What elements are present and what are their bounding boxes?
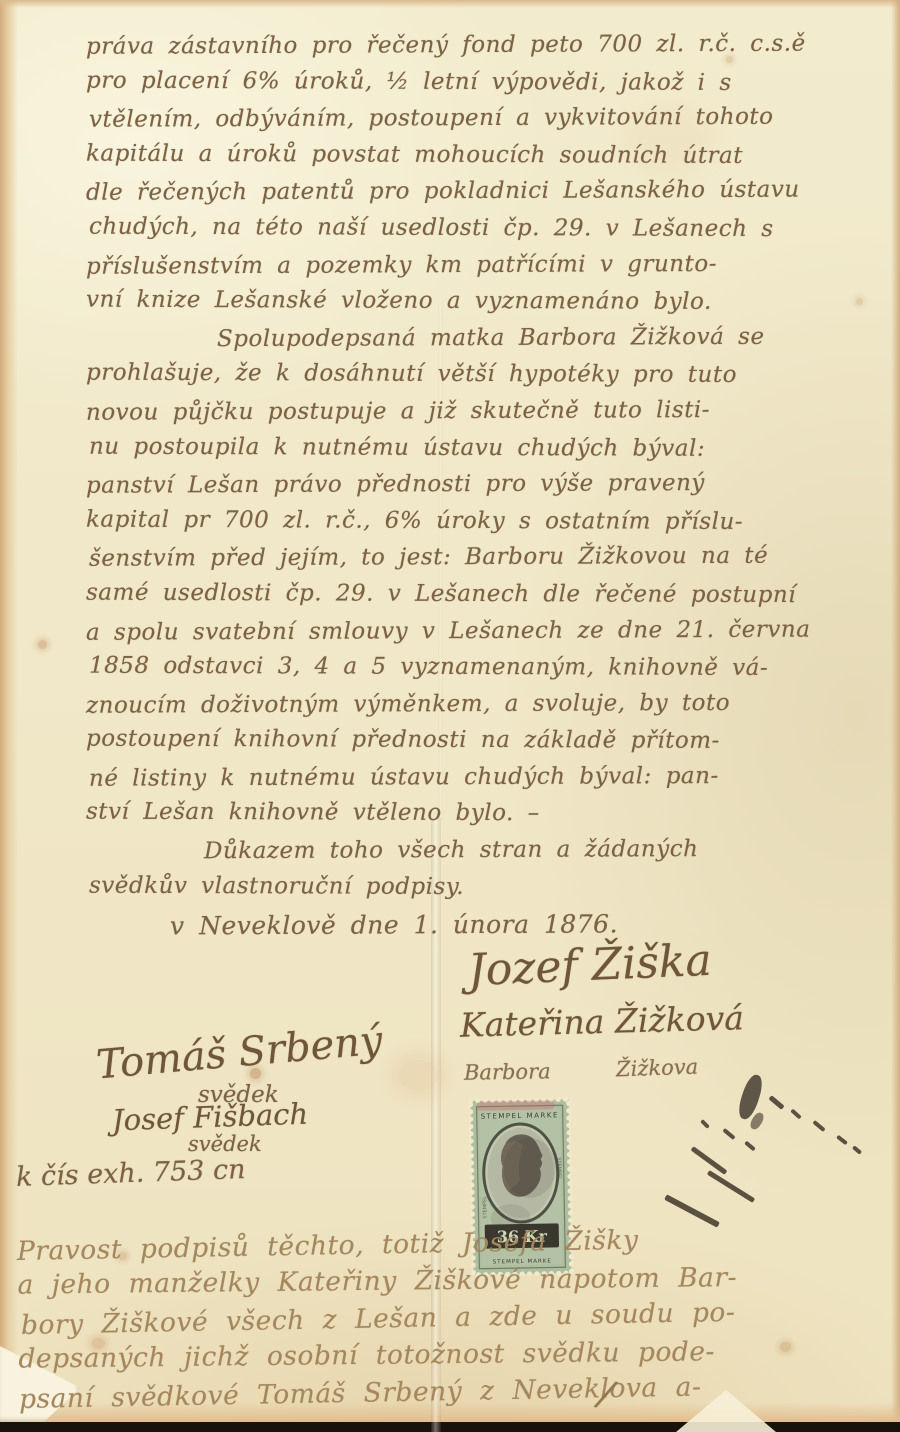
text-line: kapitálu a úroků povstat mohoucích soudn… bbox=[86, 140, 874, 179]
text-line: a spolu svatební smlouvy v Lešanech ze d… bbox=[86, 616, 874, 656]
text-line: znoucím doživotným výměnkem, a svoluje, … bbox=[86, 689, 874, 729]
text-line: dle řečených patentů pro pokladnici Leša… bbox=[86, 177, 874, 217]
dateline: v Neveklově dne 1. února 1876. bbox=[86, 909, 874, 949]
text-line: kapital pr 700 zl. r.č., 6% úroky s osta… bbox=[86, 506, 874, 545]
text-line: Spolupodepsaná matka Barbora Žižková se bbox=[89, 323, 874, 363]
text-line: práva zástavního pro řečený fond peto 70… bbox=[86, 30, 874, 70]
foxing-spot bbox=[38, 640, 47, 649]
text-line: šenstvím před jejím, to jest: Barboru Ži… bbox=[89, 543, 874, 583]
text-line: pro placení 6% úroků, ½ letní výpovědi, … bbox=[86, 67, 874, 106]
scan-edge-top bbox=[0, 0, 900, 8]
text-line: né listiny k nutnému ústavu chudých býva… bbox=[89, 762, 874, 802]
signature-mark-zizkova: Žižkova bbox=[616, 1055, 699, 1082]
ink-smear bbox=[790, 1108, 802, 1119]
signature-katerina-zizkova: Kateřina Žižková bbox=[460, 998, 745, 1044]
ink-smear bbox=[836, 1135, 848, 1146]
document-page: práva zástavního pro řečený fond peto 70… bbox=[0, 0, 900, 1432]
ink-smear bbox=[768, 1095, 784, 1110]
text-line: vní knize Lešanské vloženo a vyznamenáno… bbox=[86, 287, 874, 326]
witness-role-label: svědek bbox=[188, 1132, 262, 1156]
text-line: svědkův vlastnoruční podpisy. bbox=[89, 872, 874, 911]
text-line: samé usedlosti čp. 29. v Lešanech dle ře… bbox=[86, 580, 874, 619]
ink-smear bbox=[700, 1119, 710, 1129]
stamp-side-label-left: STEMPEL bbox=[482, 1196, 488, 1219]
stain bbox=[398, 1060, 438, 1090]
text-line: postoupení knihovní přednosti na základě… bbox=[86, 726, 874, 765]
scan-edge-left bbox=[0, 0, 18, 1432]
signature-mark-barbora: Barbora bbox=[464, 1059, 551, 1085]
text-line: prohlašuje, že k dosáhnutí větší hypoték… bbox=[86, 360, 874, 399]
signature-josef-ziska: Jozef Žiška bbox=[467, 935, 713, 997]
ink-smear bbox=[744, 1141, 756, 1152]
scan-edge-right bbox=[891, 0, 900, 1432]
ink-smear bbox=[722, 1128, 735, 1140]
ink-smear bbox=[707, 1170, 755, 1203]
ink-smear bbox=[852, 1145, 862, 1154]
court-note-block: Pravost podpisů těchto, totiž Josefa Žiš… bbox=[17, 1222, 891, 1419]
text-line: příslušenstvím a pozemky km patřícími v … bbox=[86, 250, 874, 290]
text-line: chudých, na této naší usedlosti čp. 29. … bbox=[89, 214, 874, 253]
text-line: 1858 odstavci 3, 4 a 5 vyznamenaným, kni… bbox=[89, 653, 874, 692]
text-line: panství Lešan právo přednosti pro výše p… bbox=[86, 469, 874, 509]
text-line: vtělením, odbýváním, postoupení a vykvit… bbox=[89, 103, 874, 143]
text-line: Důkazem toho všech stran a žádaných bbox=[86, 835, 874, 875]
exhibit-number-note: k čís exh. 753 cn bbox=[16, 1154, 246, 1193]
ink-smear bbox=[812, 1120, 825, 1132]
signature-witness-srbeny: Tomáš Srbený bbox=[95, 1018, 385, 1089]
text-line: ství Lešan knihovně vtěleno bylo. – bbox=[86, 799, 874, 838]
main-text-block: práva zástavního pro řečený fond peto 70… bbox=[86, 32, 874, 947]
text-line: nu postoupila k nutnému ústavu chudých b… bbox=[89, 433, 874, 472]
stamp-top-label: STEMPEL MARKE bbox=[481, 1111, 559, 1120]
stamp-pink-tinge bbox=[477, 1100, 555, 1110]
text-line: novou půjčku postupuje a již skutečně tu… bbox=[86, 396, 874, 436]
